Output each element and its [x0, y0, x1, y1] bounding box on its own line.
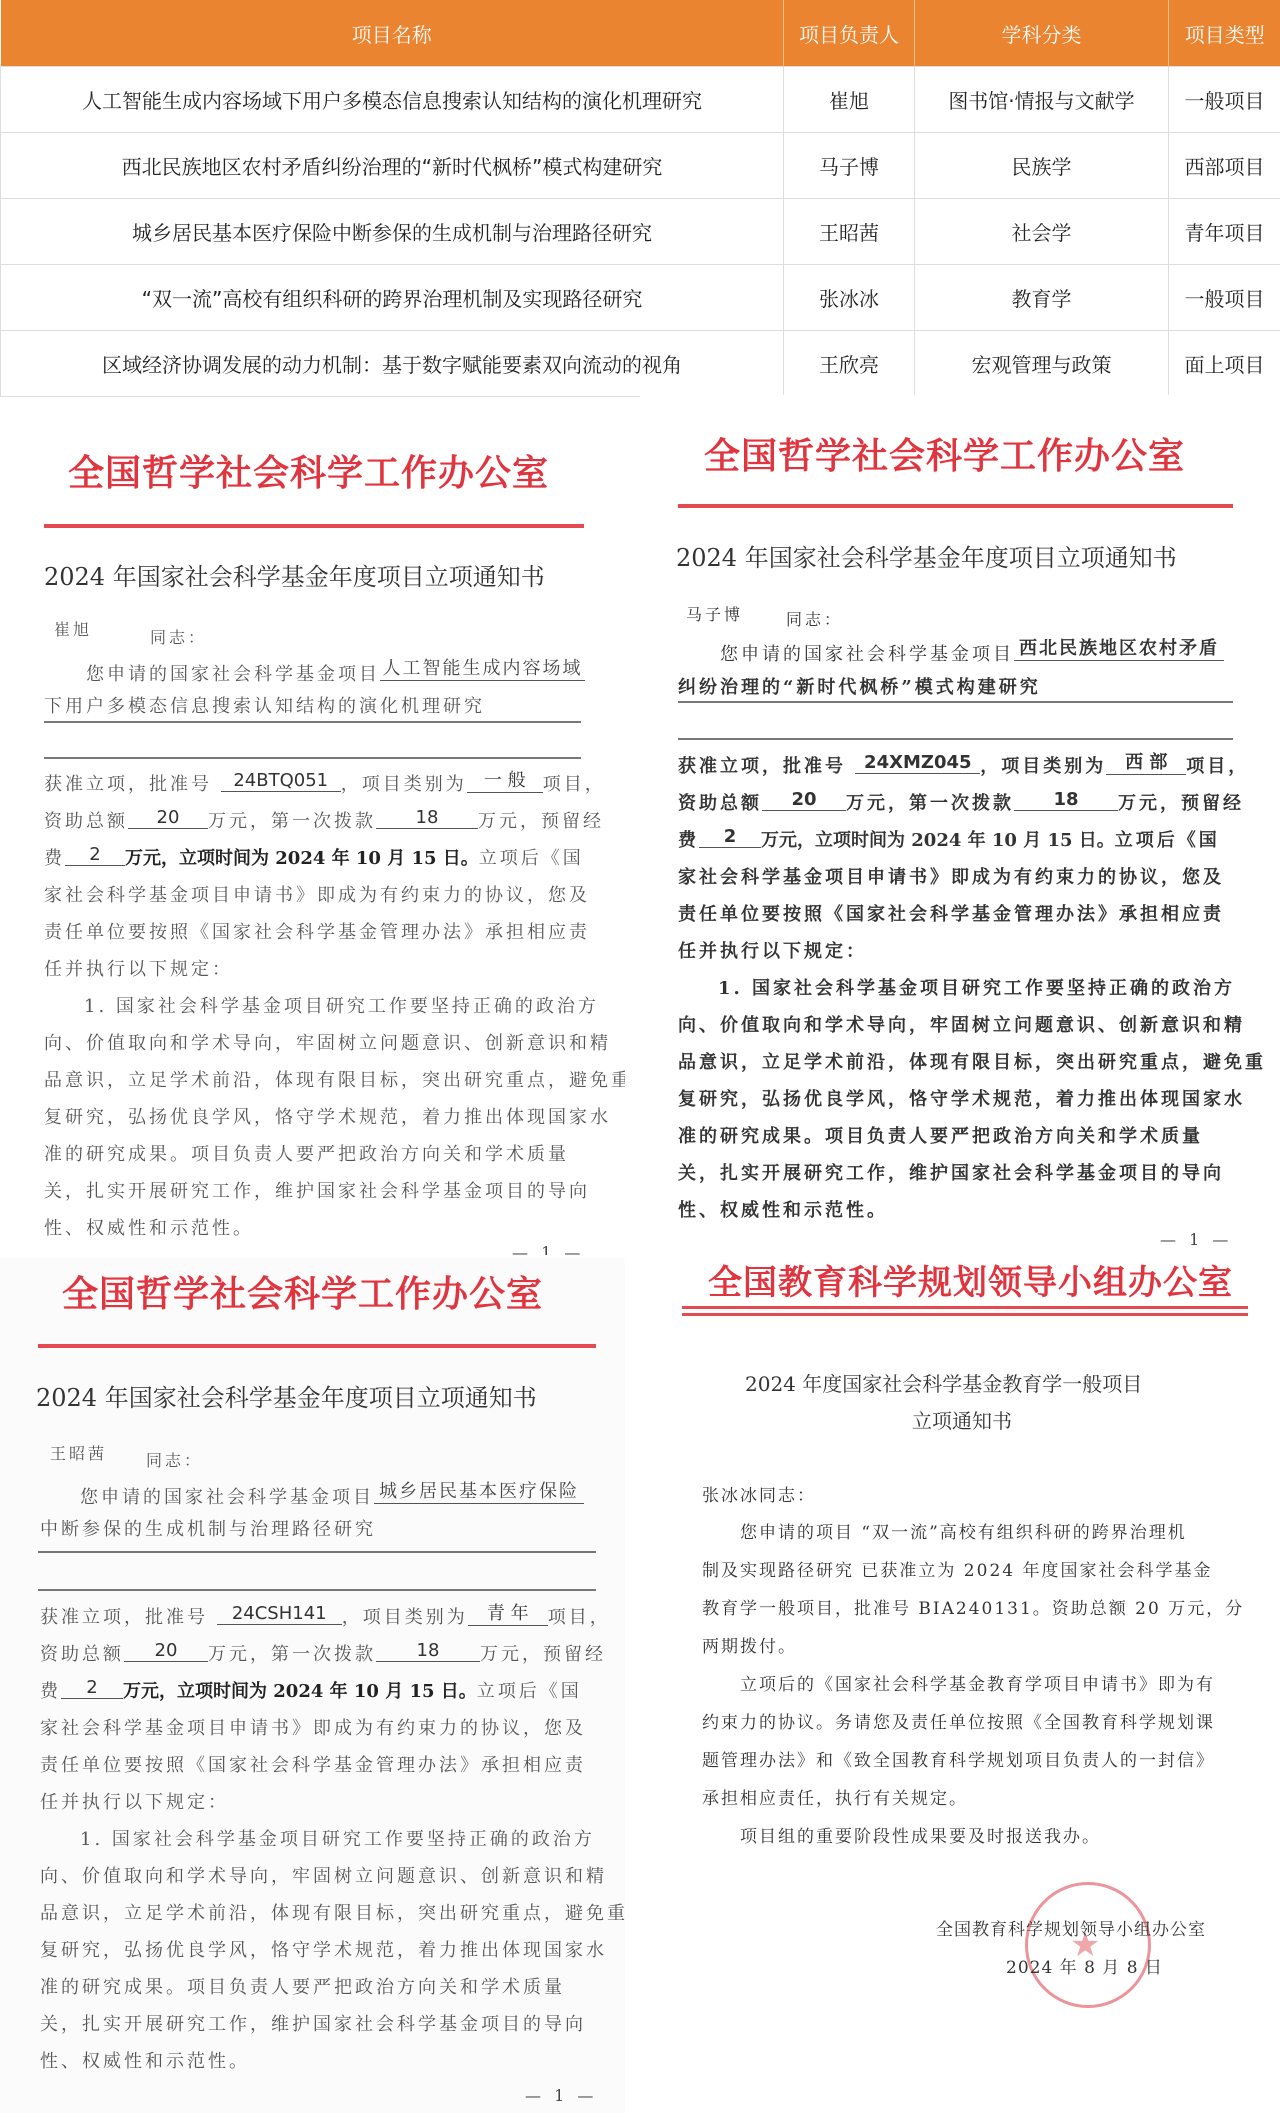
cell-type: 青年项目 — [1169, 199, 1280, 265]
intro-text: 您申请的国家社会科学基金项目 — [80, 1487, 374, 1508]
recipient-name: 马子博 — [686, 602, 743, 625]
cell-type: 面上项目 — [1169, 331, 1280, 397]
notice-title: 2024 年国家社会科学基金年度项目立项通知书 — [44, 557, 545, 592]
rule-line: 品意识，立足学术前沿，体现有限目标，突出研究重点，避免重 — [40, 1899, 625, 1925]
underline — [38, 1589, 596, 1591]
office-header: 全国哲学社会科学工作办公室 — [68, 445, 549, 496]
approval-number: 24CSH141 — [217, 1603, 342, 1625]
cell-project-name: 城乡居民基本医疗保险中断参保的生成机制与治理路径研究 — [1, 199, 784, 265]
page-number: — 1 — — [1160, 1230, 1232, 1249]
label: ，项目类别为 — [980, 756, 1106, 777]
approval-date: 万元，立项时间为 2024 年 10 月 15 日。 — [125, 848, 479, 869]
para1-line: 您申请的项目 “双一流”高校有组织科研的跨界治理机 — [740, 1518, 1187, 1543]
rule-line: 关，扎实开展研究工作，维护国家社会科学基金项目的导向 — [40, 2010, 586, 2036]
label: 万元，第一次拨款 — [846, 793, 1014, 814]
body-line: 责任单位要按照《国家社会科学基金管理办法》承担相应责 — [678, 900, 1224, 926]
label: 万元，预留经 — [1118, 793, 1244, 814]
underline — [678, 738, 1233, 740]
label: ，项目类别为 — [341, 774, 467, 795]
underline — [38, 1551, 596, 1553]
cell-project-name: 区域经济协调发展的动力机制：基于数字赋能要素双向流动的视角 — [1, 331, 784, 397]
project-category: 一 般 — [467, 766, 543, 793]
rule-line: 向、价值取向和学术导向，牢固树立问题意识、创新意识和精 — [40, 1862, 607, 1888]
signature-date: 2024 年 8 月 8 日 — [1006, 1953, 1163, 1978]
notice-document-zhangbingbing: 全国教育科学规划领导小组办公室 2024 年度国家社会科学基金教育学一般项目 立… — [640, 1255, 1280, 2113]
label: 资助总额 — [44, 811, 128, 832]
cell-project-name: 人工智能生成内容场域下用户多模态信息搜索认知结构的演化机理研究 — [1, 67, 784, 133]
red-divider — [682, 1306, 1248, 1309]
reserve-funding: 2 — [65, 844, 125, 866]
office-header: 全国哲学社会科学工作办公室 — [62, 1266, 543, 1317]
office-header: 全国教育科学规划领导小组办公室 — [708, 1255, 1233, 1304]
office-header: 全国哲学社会科学工作办公室 — [704, 428, 1185, 479]
cell-subject: 民族学 — [915, 133, 1169, 199]
para2-line: 承担相应责任，执行有关规定。 — [702, 1784, 968, 1809]
intro-text: 您申请的国家社会科学基金项目 — [720, 644, 1014, 665]
total-funding: 20 — [128, 807, 208, 829]
label: 资助总额 — [40, 1644, 124, 1665]
cell-leader: 张冰冰 — [784, 265, 915, 331]
project-category: 西 部 — [1106, 748, 1186, 775]
cell-leader: 崔旭 — [784, 67, 915, 133]
body-line: 责任单位要按照《国家社会科学基金管理办法》承担相应责 — [44, 918, 590, 944]
para3-line: 项目组的重要阶段性成果要及时报送我办。 — [740, 1822, 1101, 1847]
project-title-part2: 中断参保的生成机制与治理路径研究 — [40, 1515, 376, 1541]
rule-line: 复研究，弘扬优良学风，恪守学术规范，着力推出体现国家水 — [678, 1085, 1245, 1111]
rule-line: 品意识，立足学术前沿，体现有限目标，突出研究重点，避免重 — [678, 1048, 1266, 1074]
salutation: 张冰冰同志： — [702, 1481, 816, 1506]
label: 万元，预留经 — [478, 811, 604, 832]
cell-project-name: 西北民族地区农村矛盾纠纷治理的“新时代枫桥”模式构建研究 — [1, 133, 784, 199]
signature-office: 全国教育科学规划领导小组办公室 — [936, 1915, 1206, 1940]
approval-line: 获准立项，批准号 24CSH141，项目类别为青 年项目， — [40, 1603, 611, 1630]
cell-subject: 教育学 — [915, 265, 1169, 331]
notice-document-wangzhaoqian: 全国哲学社会科学工作办公室 2024 年国家社会科学基金年度项目立项通知书 王昭… — [0, 1258, 625, 2113]
salutation: 同志： — [146, 1448, 203, 1471]
notice-title: 2024 年国家社会科学基金年度项目立项通知书 — [36, 1378, 537, 1413]
cell-subject: 宏观管理与政策 — [915, 331, 1169, 397]
label: 立项后《国 — [477, 1681, 582, 1702]
rule-line: 复研究，弘扬优良学风，恪守学术规范，着力推出体现国家水 — [44, 1103, 611, 1129]
notice-document-cuixu: 全国哲学社会科学工作办公室 2024 年国家社会科学基金年度项目立项通知书 崔旭… — [0, 405, 625, 1255]
notice-title: 2024 年国家社会科学基金年度项目立项通知书 — [676, 538, 1177, 573]
total-funding: 20 — [124, 1640, 208, 1662]
underline — [44, 757, 581, 759]
approval-number: 24XMZ045 — [855, 752, 980, 774]
project-category: 青 年 — [468, 1599, 548, 1626]
rule-line: 关，扎实开展研究工作，维护国家社会科学基金项目的导向 — [678, 1159, 1224, 1185]
label: 项目， — [1186, 756, 1249, 777]
label: 费 — [44, 848, 65, 869]
approval-line: 获准立项，批准号 24BTQ051，项目类别为一 般项目， — [44, 770, 606, 797]
label: ，项目类别为 — [342, 1607, 468, 1628]
body-line: 家社会科学基金项目申请书》即成为有约束力的协议，您及 — [40, 1714, 586, 1740]
label: 费 — [678, 830, 699, 851]
para1-line: 两期拨付。 — [702, 1632, 797, 1657]
project-title-part2: 纠纷治理的“新时代枫桥”模式构建研究 — [678, 673, 1041, 699]
first-payment: 18 — [376, 807, 478, 829]
para2-line: 立项后的《国家社会科学基金教育学项目申请书》即为有 — [740, 1670, 1215, 1695]
label: 立项后《国 — [1115, 830, 1220, 851]
underline — [44, 721, 581, 723]
label: 获准立项，批准号 — [44, 774, 212, 795]
table-header-row: 项目名称 项目负责人 学科分类 项目类型 — [1, 0, 1280, 67]
body-line: 任并执行以下规定： — [678, 937, 867, 963]
funding-line: 资助总额20万元，第一次拨款18万元，预留经 — [678, 789, 1244, 815]
approval-line: 获准立项，批准号 24XMZ045，项目类别为西 部项目， — [678, 752, 1249, 779]
cell-leader: 王昭茜 — [784, 199, 915, 265]
approval-date: 万元，立项时间为 2024 年 10 月 15 日。 — [123, 1681, 477, 1702]
rule-line: 复研究，弘扬优良学风，恪守学术规范，着力推出体现国家水 — [40, 1936, 607, 1962]
label: 资助总额 — [678, 793, 762, 814]
rule-line: 准的研究成果。项目负责人要严把政治方向关和学术质量 — [40, 1973, 565, 1999]
rule-line: 性、权威性和示范性。 — [678, 1196, 888, 1222]
header-subject: 学科分类 — [915, 0, 1169, 67]
cell-type: 一般项目 — [1169, 67, 1280, 133]
label: 费 — [40, 1681, 61, 1702]
funding-line: 资助总额20万元，第一次拨款18万元，预留经 — [40, 1640, 606, 1666]
funding-line: 资助总额20万元，第一次拨款18万元，预留经 — [44, 807, 604, 833]
date-line: 费2万元，立项时间为 2024 年 10 月 15 日。立项后《国 — [678, 826, 1220, 852]
label: 获准立项，批准号 — [40, 1607, 208, 1628]
underline — [678, 701, 1233, 703]
cell-subject: 社会学 — [915, 199, 1169, 265]
rule-line: 准的研究成果。项目负责人要严把政治方向关和学术质量 — [44, 1140, 569, 1166]
rule-line: 品意识，立足学术前沿，体现有限目标，突出研究重点，避免重 — [44, 1066, 625, 1092]
para1-line: 制及实现路径研究 已获准立为 2024 年度国家社会科学基金 — [702, 1556, 1212, 1581]
label: 项目， — [543, 774, 606, 795]
salutation: 同志： — [786, 607, 843, 630]
red-divider — [44, 524, 584, 528]
header-leader: 项目负责人 — [784, 0, 915, 67]
label: 获准立项，批准号 — [678, 756, 846, 777]
cell-leader: 王欣亮 — [784, 331, 915, 397]
cell-subject: 图书馆·情报与文献学 — [915, 67, 1169, 133]
date-line: 费2万元，立项时间为 2024 年 10 月 15 日。立项后《国 — [44, 844, 584, 870]
rule-line: 1. 国家社会科学基金项目研究工作要坚持正确的政治方 — [84, 992, 599, 1018]
reserve-funding: 2 — [61, 1677, 123, 1699]
red-divider — [678, 504, 1233, 508]
project-title-part1: 西北民族地区农村矛盾 — [1014, 634, 1224, 661]
table-row: 西北民族地区农村矛盾纠纷治理的“新时代枫桥”模式构建研究 马子博 民族学 西部项… — [1, 133, 1280, 199]
rule-line: 1. 国家社会科学基金项目研究工作要坚持正确的政治方 — [80, 1825, 595, 1851]
body-line: 任并执行以下规定： — [44, 955, 233, 981]
recipient-name: 王昭茜 — [50, 1441, 107, 1464]
label: 万元，预留经 — [480, 1644, 606, 1665]
header-type: 项目类型 — [1169, 0, 1280, 67]
recipient-name: 崔旭 — [54, 617, 92, 640]
body-line: 家社会科学基金项目申请书》即成为有约束力的协议，您及 — [678, 863, 1224, 889]
para2-line: 约束力的协议。务请您及责任单位按照《全国教育科学规划课 — [702, 1708, 1215, 1733]
intro-line: 您申请的国家社会科学基金项目城乡居民基本医疗保险 — [80, 1483, 584, 1510]
label: 万元，第一次拨款 — [208, 811, 376, 832]
red-divider — [38, 1344, 596, 1348]
project-title-part1: 人工智能生成内容场域 — [380, 654, 585, 681]
rule-line: 性、权威性和示范性。 — [44, 1214, 254, 1240]
table-row: 人工智能生成内容场域下用户多模态信息搜索认知结构的演化机理研究 崔旭 图书馆·情… — [1, 67, 1280, 133]
intro-line: 您申请的国家社会科学基金项目西北民族地区农村矛盾 — [720, 640, 1224, 667]
para2-line: 题管理办法》和《致全国教育科学规划项目负责人的一封信》 — [702, 1746, 1215, 1771]
intro-line: 您申请的国家社会科学基金项目人工智能生成内容场域 — [86, 660, 585, 687]
approval-date: 万元，立项时间为 2024 年 10 月 15 日。 — [761, 830, 1115, 851]
rule-line: 性、权威性和示范性。 — [40, 2047, 250, 2073]
label: 项目， — [548, 1607, 611, 1628]
notice-title-line1: 2024 年度国家社会科学基金教育学一般项目 — [745, 1368, 1142, 1397]
official-seal-icon: ★ — [1025, 1882, 1151, 2008]
cell-type: 一般项目 — [1169, 265, 1280, 331]
rule-line: 1. 国家社会科学基金项目研究工作要坚持正确的政治方 — [718, 974, 1235, 1000]
table-row: 区域经济协调发展的动力机制：基于数字赋能要素双向流动的视角 王欣亮 宏观管理与政… — [1, 331, 1280, 397]
body-line: 任并执行以下规定： — [40, 1788, 229, 1814]
notice-title-line2: 立项通知书 — [912, 1405, 1012, 1434]
project-table: 项目名称 项目负责人 学科分类 项目类型 人工智能生成内容场域下用户多模态信息搜… — [0, 0, 1280, 397]
page-number: — 1 — — [525, 2086, 597, 2105]
first-payment: 18 — [1014, 789, 1118, 811]
rule-line: 向、价值取向和学术导向，牢固树立问题意识、创新意识和精 — [44, 1029, 611, 1055]
rule-line: 向、价值取向和学术导向，牢固树立问题意识、创新意识和精 — [678, 1011, 1245, 1037]
table-row: 城乡居民基本医疗保险中断参保的生成机制与治理路径研究 王昭茜 社会学 青年项目 — [1, 199, 1280, 265]
cell-project-name: “双一流”高校有组织科研的跨界治理机制及实现路径研究 — [1, 265, 784, 331]
approval-number: 24BTQ051 — [221, 770, 341, 792]
cell-type: 西部项目 — [1169, 133, 1280, 199]
para1-line: 教育学一般项目，批准号 BIA240131。资助总额 20 万元，分 — [702, 1594, 1244, 1619]
date-line: 费2万元，立项时间为 2024 年 10 月 15 日。立项后《国 — [40, 1677, 582, 1703]
total-funding: 20 — [762, 789, 846, 811]
body-line: 家社会科学基金项目申请书》即成为有约束力的协议，您及 — [44, 881, 590, 907]
label: 立项后《国 — [479, 848, 584, 869]
notice-document-mazibo: 全国哲学社会科学工作办公室 2024 年国家社会科学基金年度项目立项通知书 马子… — [640, 395, 1280, 1250]
cell-leader: 马子博 — [784, 133, 915, 199]
table-row: “双一流”高校有组织科研的跨界治理机制及实现路径研究 张冰冰 教育学 一般项目 — [1, 265, 1280, 331]
intro-text: 您申请的国家社会科学基金项目 — [86, 664, 380, 685]
label: 万元，第一次拨款 — [208, 1644, 376, 1665]
page-number: — 1 — — [512, 1243, 584, 1255]
header-project-name: 项目名称 — [1, 0, 784, 67]
salutation: 同志： — [150, 625, 207, 648]
rule-line: 准的研究成果。项目负责人要严把政治方向关和学术质量 — [678, 1122, 1203, 1148]
project-title-part1: 城乡居民基本医疗保险 — [374, 1477, 584, 1504]
rule-line: 关，扎实开展研究工作，维护国家社会科学基金项目的导向 — [44, 1177, 590, 1203]
body-line: 责任单位要按照《国家社会科学基金管理办法》承担相应责 — [40, 1751, 586, 1777]
project-title-part2: 下用户多模态信息搜索认知结构的演化机理研究 — [44, 692, 485, 718]
reserve-funding: 2 — [699, 826, 761, 848]
first-payment: 18 — [376, 1640, 480, 1662]
